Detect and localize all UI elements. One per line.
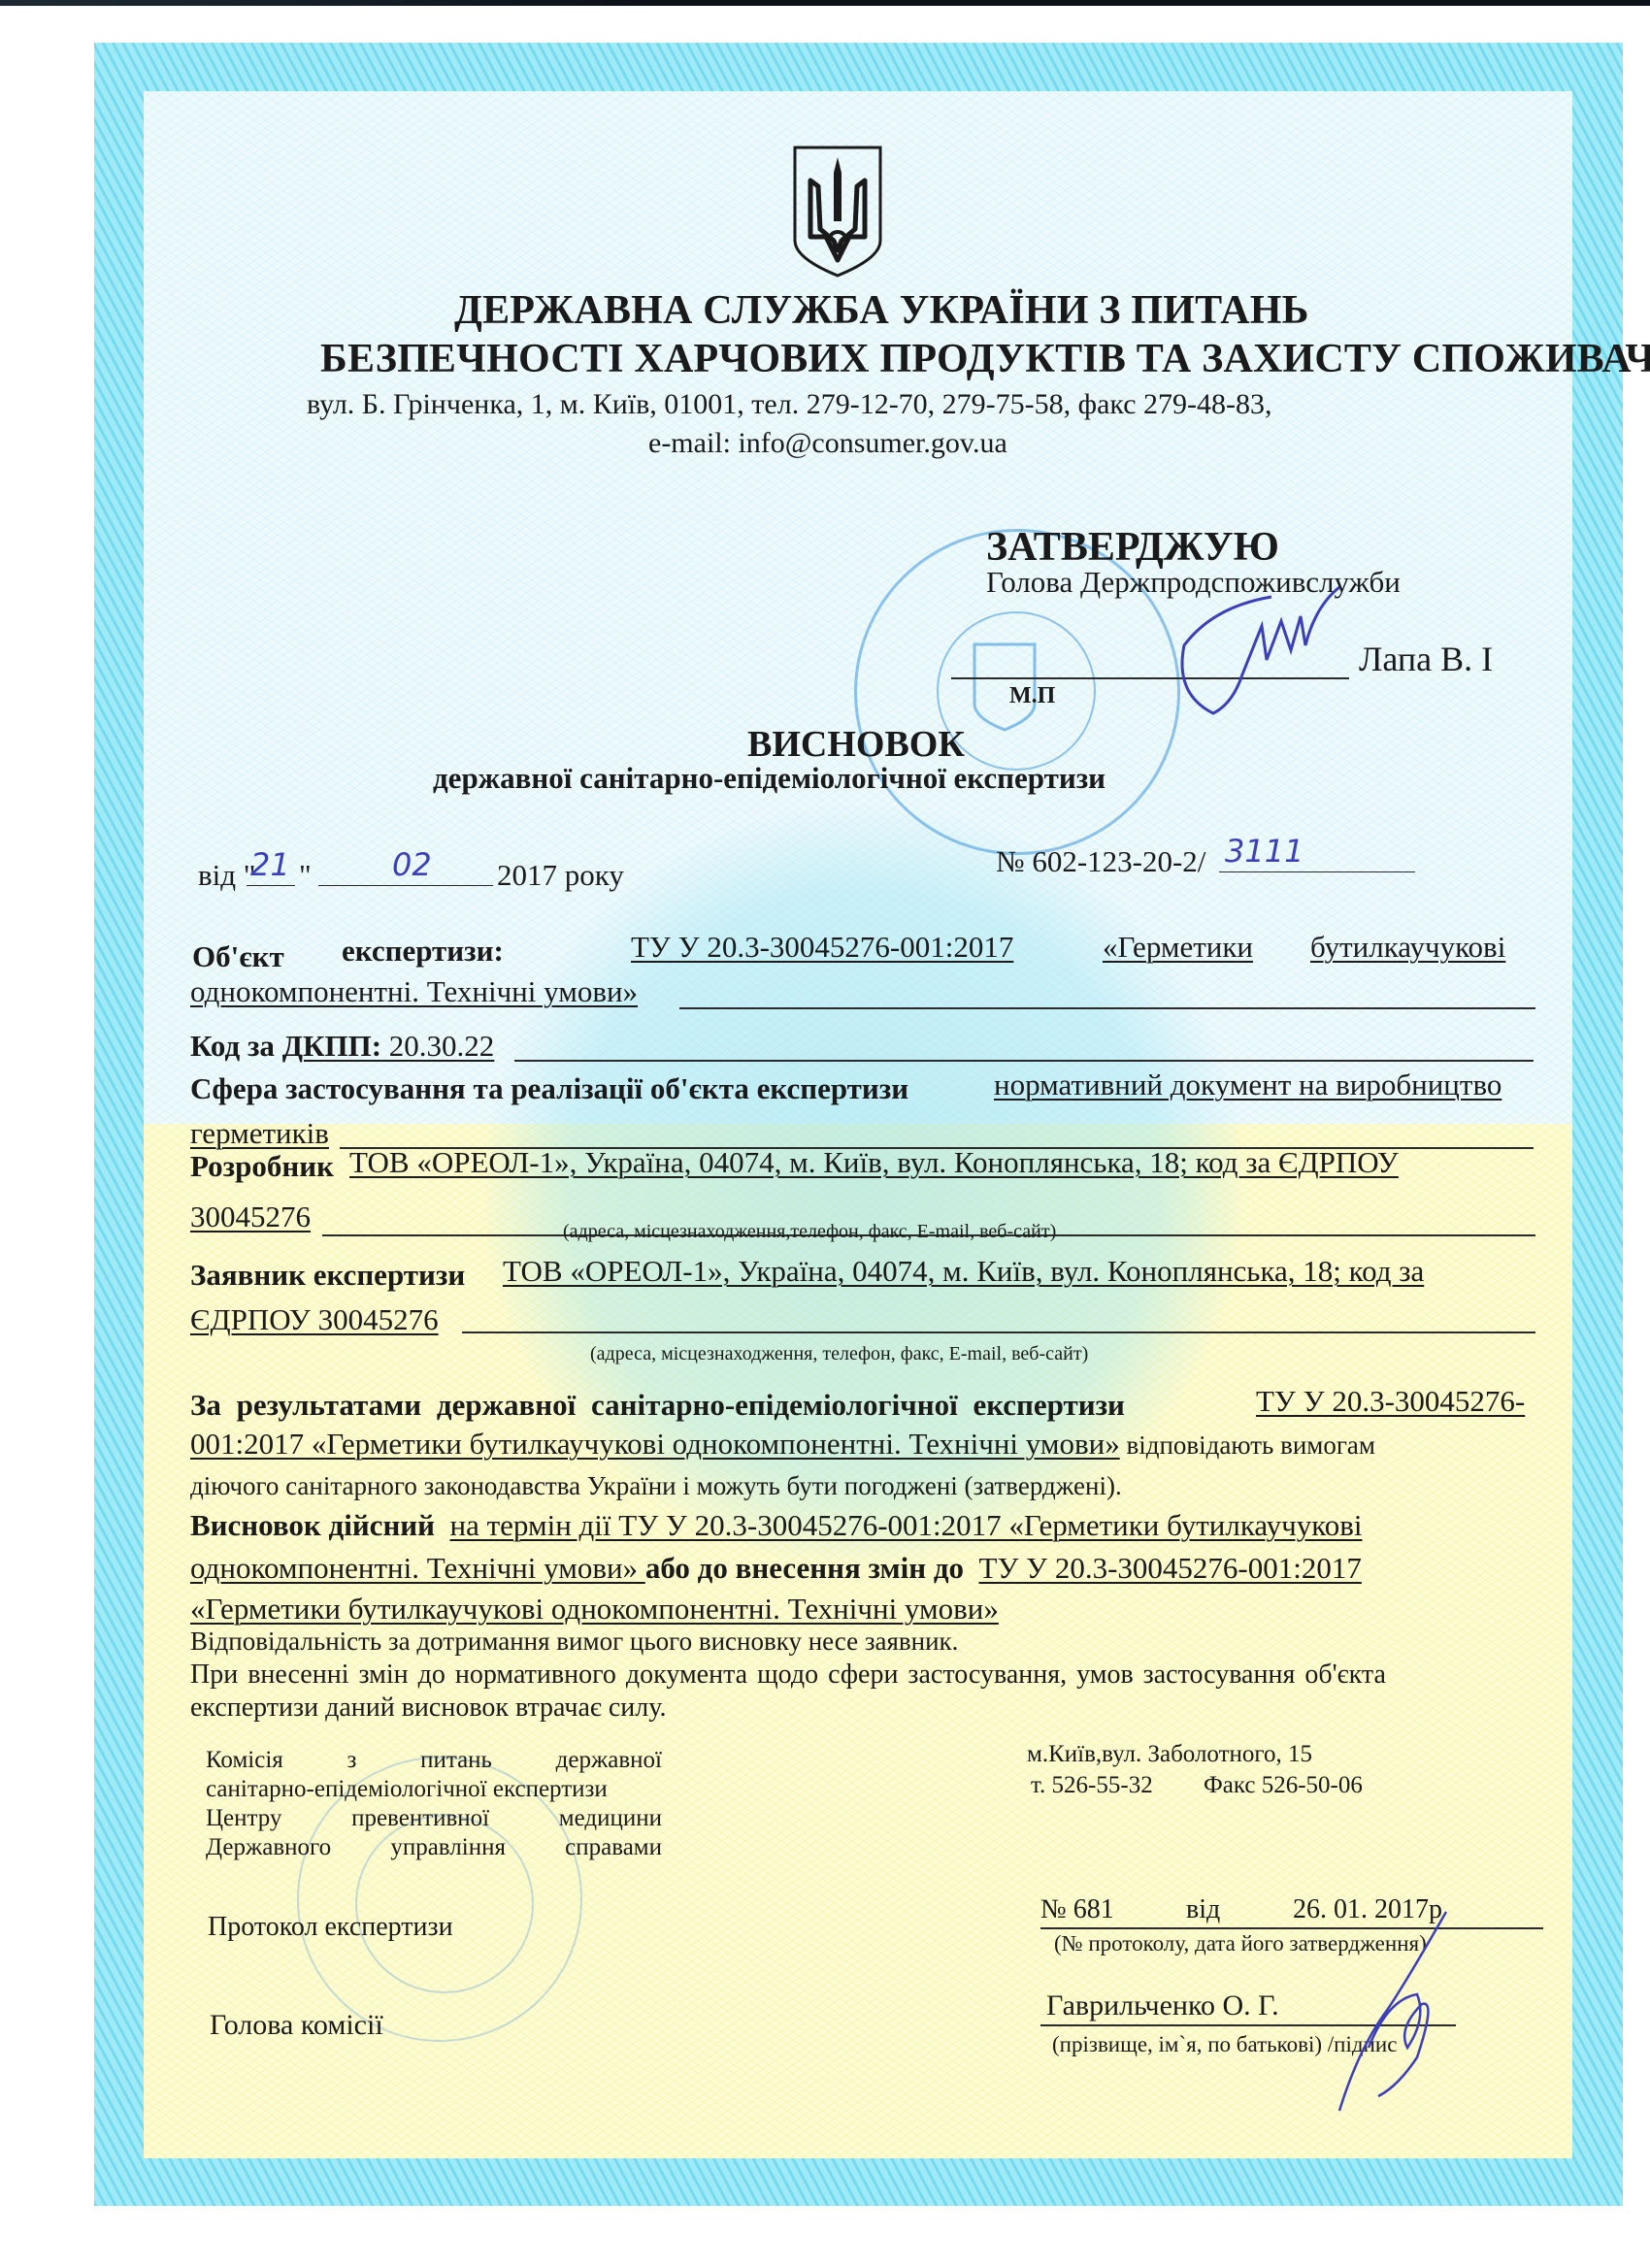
object-value-title-b: бутилкаучукові	[1310, 930, 1505, 965]
developer-value-line1: ТОВ «ОРЕОЛ-1», Україна, 04074, м. Київ, …	[349, 1145, 1399, 1180]
trident-coat-of-arms-icon	[791, 144, 884, 279]
chair-label: Голова комісії	[210, 2009, 383, 2042]
document-title: ВИСНОВОК	[747, 723, 965, 766]
changes-note-line2: експертизи даний висновок втрачає силу.	[190, 1693, 666, 1724]
developer-hint: (адреса, місцезнаходження,телефон, факс,…	[563, 1221, 1056, 1243]
commission-phone: т. 526-55-32	[1031, 1772, 1153, 1799]
validity-line2: однокомпонентні. Технічні умови» або до …	[190, 1551, 1362, 1586]
responsibility-note: Відповідальність за дотримання вимог цьо…	[190, 1627, 958, 1657]
validity-line1: Висновок дійсний на термін дії ТУ У 20.3…	[190, 1508, 1362, 1543]
stamp-label: М.П	[1009, 683, 1055, 709]
protocol-label: Протокол експертизи	[208, 1912, 453, 1943]
commission-name-line1: Комісія з питань державної	[206, 1747, 662, 1774]
object-value-title-a: «Герметики	[1103, 930, 1253, 965]
developer-label: Розробник	[190, 1149, 334, 1184]
dkpp-code-value: 20.30.22	[381, 1029, 494, 1063]
scope-label: Сфера застосування та реалізації об'єкта…	[190, 1071, 908, 1106]
results-line2: 001:2017 «Герметики бутилкаучукові однок…	[190, 1427, 1375, 1462]
developer-value-line2: 30045276	[190, 1200, 311, 1234]
scope-value-line1: нормативний документ на виробництво	[994, 1068, 1501, 1102]
applicant-value-line2: ЄДРПОУ 30045276	[190, 1302, 439, 1337]
commission-fax: Факс 526-50-06	[1204, 1772, 1363, 1799]
commission-address: м.Київ,вул. Заболотного, 15	[1027, 1741, 1312, 1768]
scan-edge	[0, 0, 1650, 6]
object-label-2: експертизи:	[342, 934, 504, 969]
issue-day: 21	[250, 846, 290, 883]
applicant-value-line1: ТОВ «ОРЕОЛ-1», Україна, 04074, м. Київ, …	[503, 1254, 1424, 1289]
validity-line3: «Герметики бутилкаучукові однокомпонентн…	[190, 1592, 999, 1627]
results-line3: діючого санітарного законодавства Україн…	[190, 1471, 1122, 1501]
dkpp-code: Код за ДКПП: 20.30.22	[190, 1029, 494, 1064]
document-subtitle: державної санітарно-епідеміологічної екс…	[433, 761, 1105, 796]
issuer-email: e-mail: info@consumer.gov.ua	[648, 427, 1007, 460]
results-label: За результатами державної санітарно-епід…	[190, 1388, 1125, 1423]
approval-name: Лапа В. І	[1359, 639, 1493, 679]
applicant-label: Заявник експертизи	[190, 1258, 465, 1293]
issue-month: 02	[392, 846, 432, 883]
changes-note-line1: При внесенні змін до нормативного докуме…	[190, 1660, 1386, 1691]
object-value-line2: однокомпонентні. Технічні умови»	[190, 974, 638, 1009]
object-value-code: ТУ У 20.3-30045276-001:2017	[631, 930, 1013, 965]
protocol-number: № 681	[1040, 1894, 1114, 1925]
commission-name-line4: Державного управління справами	[206, 1834, 662, 1861]
issuer-name-line1: ДЕРЖАВНА СЛУЖБА УКРАЇНИ З ПИТАНЬ	[454, 287, 1309, 334]
results-doc-line1: ТУ У 20.3-30045276-	[1256, 1384, 1525, 1419]
issuer-name-line2: БЕЗПЕЧНОСТІ ХАРЧОВИХ ПРОДУКТІВ ТА ЗАХИСТ…	[320, 336, 1650, 382]
object-label-1: Об'єкт	[192, 939, 284, 974]
commission-name-line3: Центру превентивної медицини	[206, 1805, 662, 1832]
approval-heading: ЗАТВЕРДЖУЮ	[986, 524, 1279, 571]
issuer-address: вул. Б. Грінченка, 1, м. Київ, 01001, те…	[307, 388, 1272, 421]
signature-icon	[1155, 568, 1349, 723]
chair-signature-icon	[1301, 1902, 1475, 2125]
protocol-from: від	[1186, 1894, 1220, 1925]
document-number-value: 3111	[1225, 833, 1303, 870]
applicant-hint: (адреса, місцезнаходження, телефон, факс…	[590, 1343, 1088, 1365]
chair-name: Гаврильченко О. Г.	[1046, 1989, 1279, 2022]
scope-value-line2: герметиків	[190, 1116, 329, 1151]
commission-name-line2: санітарно-епідеміологічної експертизи	[206, 1776, 608, 1803]
